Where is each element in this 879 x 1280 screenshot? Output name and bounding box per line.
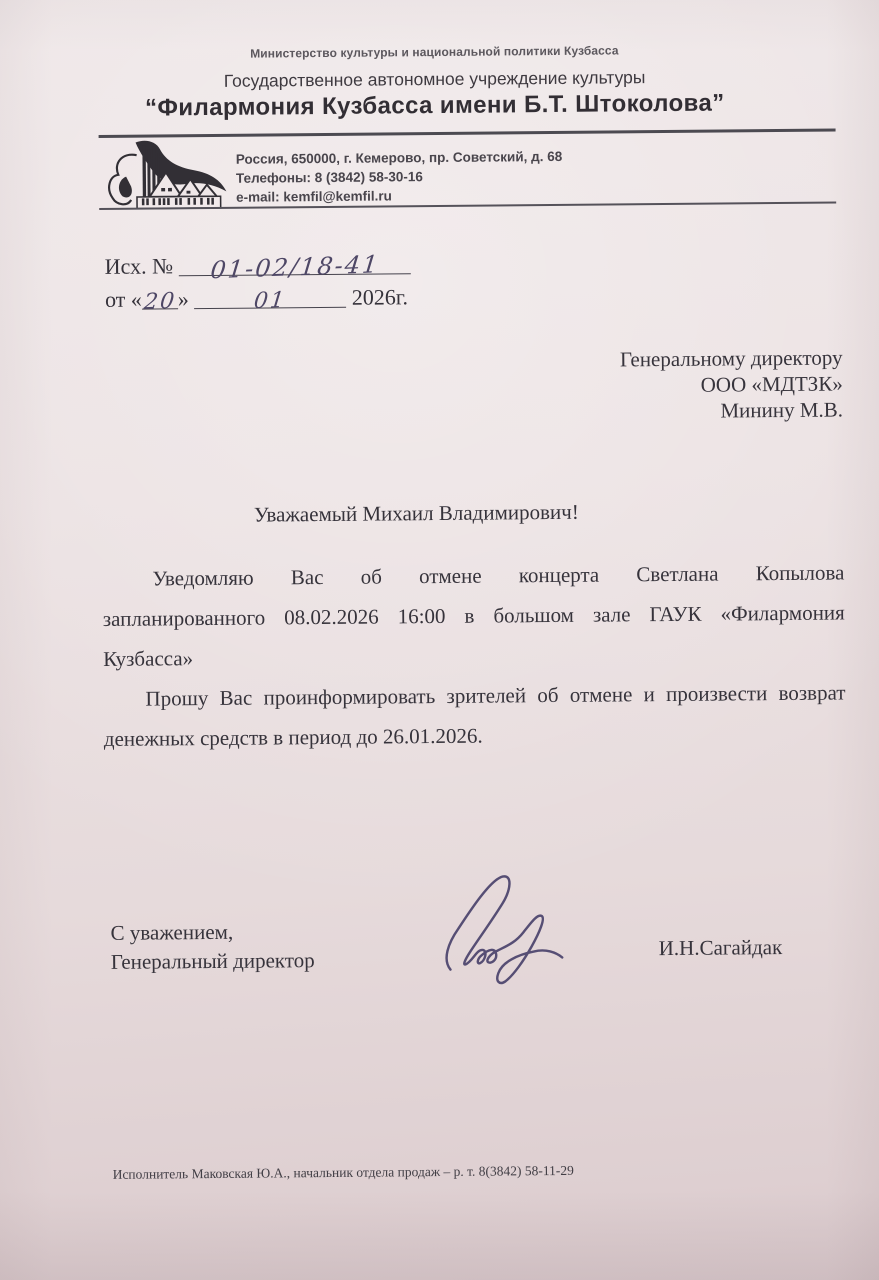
ministry-line: Министерство культуры и национальной пол…: [0, 41, 874, 63]
date-month-handwritten: 01: [253, 284, 289, 318]
outgoing-number-label: Исх. №: [105, 253, 174, 279]
date-quote-close: »: [178, 286, 189, 311]
closing-regards: С уважением,: [110, 917, 314, 948]
addressee-person: Минину М.В.: [620, 396, 843, 424]
paragraph-1-line-1: Уведомляю Вас об отмене концерта Светлан…: [102, 552, 844, 598]
reference-block: Исх. № 01-02/18-41 от «20» 01 2026г.: [105, 247, 411, 316]
date-day-underline: 20: [142, 282, 178, 309]
paragraph-2-line-2: денежных средств в период до 26.01.2026.: [104, 712, 846, 758]
paragraph-2: Прошу Вас проинформировать зрителей об о…: [103, 672, 846, 758]
paragraph-1: Уведомляю Вас об отмене концерта Светлан…: [102, 552, 845, 678]
handwritten-signature: [432, 869, 578, 990]
document-sheet: Министерство культуры и национальной пол…: [0, 0, 879, 1280]
org-logo-piano-icon: [102, 139, 233, 210]
closing-position: Генеральный директор: [111, 946, 315, 977]
date-day-handwritten: 20: [142, 285, 178, 319]
date-prefix: от «: [105, 287, 142, 312]
outgoing-number-handwritten: 01-02/18-41: [208, 248, 380, 287]
addressee-position: Генеральному директору: [620, 344, 843, 372]
closing-block: С уважением, Генеральный директор: [110, 917, 314, 977]
letterhead-rule-top: [99, 129, 836, 138]
contact-block: Россия, 650000, г. Кемерово, пр. Советск…: [236, 147, 563, 207]
outgoing-number-line: Исх. № 01-02/18-41: [105, 247, 411, 283]
org-name-line: “Филармония Кузбасса имени Б.Т. Штоколов…: [0, 88, 874, 124]
outgoing-number-underline: 01-02/18-41: [178, 247, 410, 276]
addressee-block: Генеральному директору ООО «МДТЗК» Минин…: [620, 344, 843, 424]
addressee-company: ООО «МДТЗК»: [620, 370, 843, 398]
paragraph-1-line-3: Кузбасса»: [103, 632, 845, 678]
signatory-name: И.Н.Сагайдак: [659, 935, 783, 961]
salutation: Уважаемый Михаил Владимирович!: [254, 500, 579, 528]
executor-line: Исполнитель Маковская Ю.А., начальник от…: [113, 1163, 574, 1183]
paragraph-2-line-1: Прошу Вас проинформировать зрителей об о…: [103, 672, 845, 718]
date-year: 2026г.: [352, 284, 408, 309]
date-line: от «20» 01 2026г.: [105, 280, 411, 316]
paragraph-1-line-2: запланированного 08.02.2026 16:00 в боль…: [103, 592, 845, 638]
contact-address: Россия, 650000, г. Кемерово, пр. Советск…: [236, 147, 563, 169]
scanned-letter-page: Министерство культуры и национальной пол…: [0, 0, 879, 1280]
